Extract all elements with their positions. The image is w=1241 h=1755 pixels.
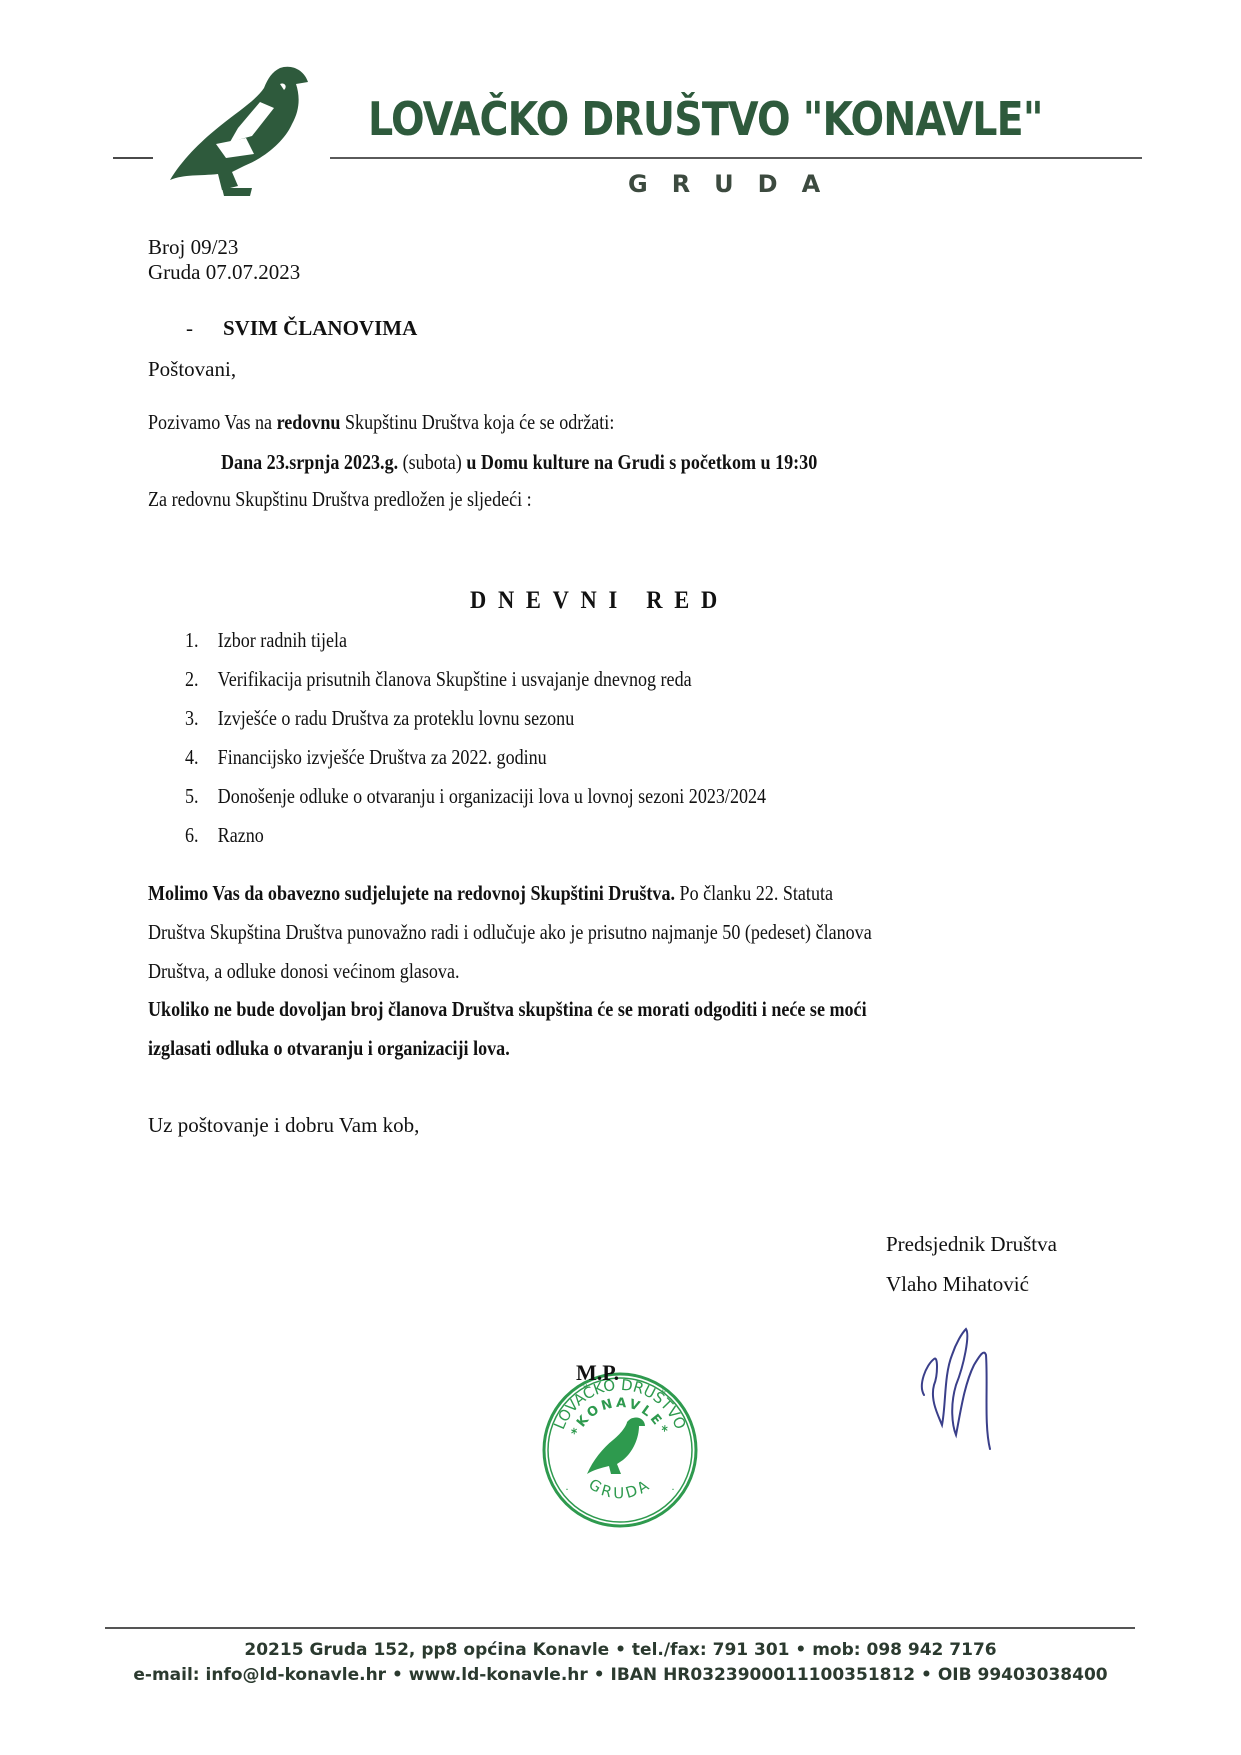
signature xyxy=(912,1325,1007,1455)
agenda-title: DNEVNI RED xyxy=(470,587,729,615)
place-date: Gruda 07.07.2023 xyxy=(148,260,300,285)
closing: Uz poštovanje i dobru Vam kob, xyxy=(148,1113,419,1138)
warning-line-1: Ukoliko ne bude dovoljan broj članova Dr… xyxy=(148,997,867,1022)
agenda-item-number: 3. xyxy=(185,706,199,731)
footer-rule xyxy=(105,1627,1135,1629)
agenda-item-number: 1. xyxy=(185,628,199,653)
partridge-bird-icon xyxy=(160,62,330,202)
agenda-item-number: 2. xyxy=(185,667,199,692)
notice-line-3: Društva, a odluke donosi većinom glasova… xyxy=(148,959,459,984)
agenda-item-label: Donošenje odluke o otvaranju i organizac… xyxy=(218,784,766,809)
notice-line-2: Društva Skupština Društva punovažno radi… xyxy=(148,920,872,945)
header-rule-left xyxy=(113,157,153,159)
recipient-label: SVIM ČLANOVIMA xyxy=(223,316,417,341)
agenda-item-number: 4. xyxy=(185,745,199,770)
signatory-title: Predsjednik Društva xyxy=(886,1232,1057,1257)
agenda-item-label: Financijsko izvješće Društva za 2022. go… xyxy=(218,745,547,770)
recipient-dash: - xyxy=(186,316,193,341)
agenda-item-label: Razno xyxy=(218,823,264,848)
notice-line-1: Molimo Vas da obavezno sudjelujete na re… xyxy=(148,881,833,906)
document-number: Broj 09/23 xyxy=(148,235,238,260)
agenda-item-label: Verifikacija prisutnih članova Skupštine… xyxy=(218,667,692,692)
event-details: Dana 23.srpnja 2023.g. (subota) u Domu k… xyxy=(221,450,817,475)
svg-text:·: · xyxy=(565,1482,569,1496)
organization-name: LOVAČKO DRUŠTVO "KONAVLE" xyxy=(368,92,1043,146)
footer-address: 20215 Gruda 152, pp8 općina Konavle • te… xyxy=(0,1640,1241,1660)
signatory-name: Vlaho Mihatović xyxy=(886,1272,1029,1297)
greeting: Poštovani, xyxy=(148,357,236,382)
warning-line-2: izglasati odluka o otvaranju i organizac… xyxy=(148,1036,510,1061)
agenda-item-number: 5. xyxy=(185,784,199,809)
svg-text:·: · xyxy=(671,1482,675,1496)
invite-text: Pozivamo Vas na redovnu Skupštinu Društv… xyxy=(148,410,614,435)
proposal-text: Za redovnu Skupštinu Društva predložen j… xyxy=(148,487,532,512)
seal-label: M.P. xyxy=(576,1360,619,1386)
footer-contact: e-mail: info@ld-konavle.hr • www.ld-kona… xyxy=(0,1665,1241,1685)
svg-text:GRUDA: GRUDA xyxy=(585,1475,654,1502)
organization-stamp: LOVAČKO DRUŠTVO *KONAVLE* GRUDA · · xyxy=(535,1360,705,1530)
header-rule xyxy=(330,157,1142,159)
agenda-item-label: Izbor radnih tijela xyxy=(218,628,347,653)
agenda-item-label: Izvješće o radu Društva za proteklu lovn… xyxy=(218,706,575,731)
agenda-item-number: 6. xyxy=(185,823,199,848)
organization-place: GRUDA xyxy=(628,170,844,198)
